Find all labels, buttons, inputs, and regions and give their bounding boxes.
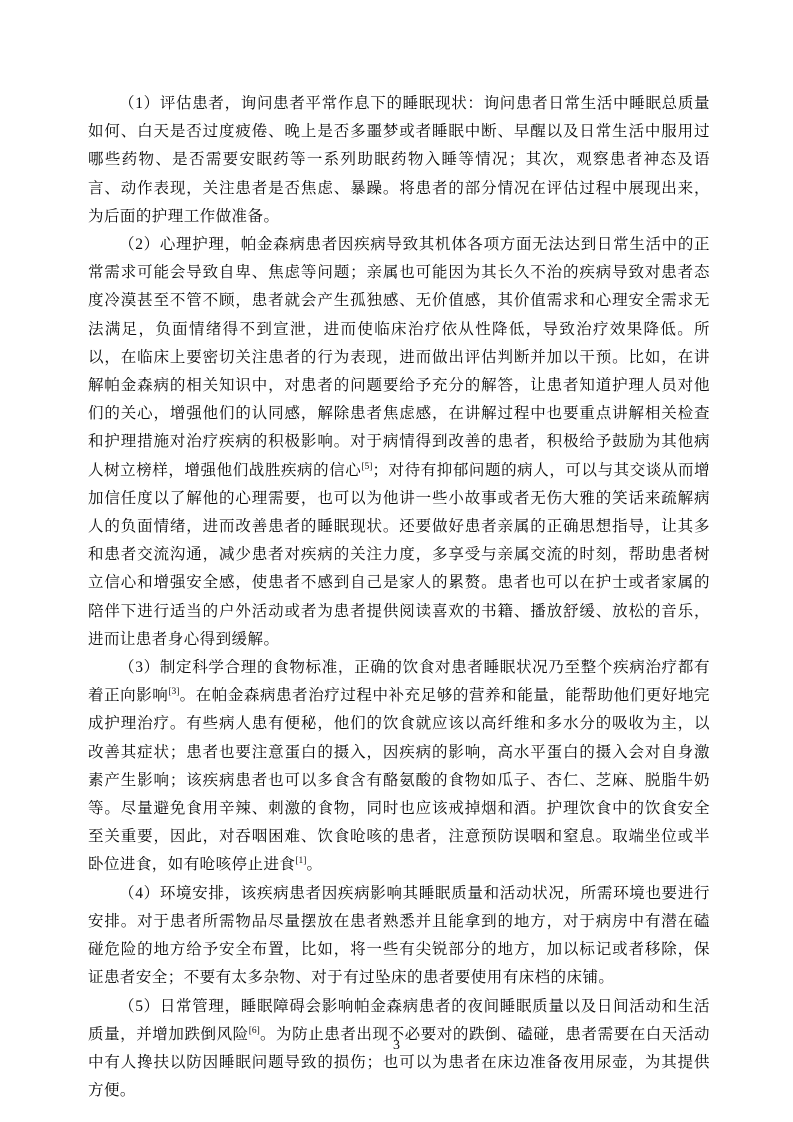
footnote-ref: [5] [361,461,372,471]
paragraph-4-environment: （4）环境安排，该疾病患者因疾病影响其睡眠质量和活动状况，所需环境也要进行安排。… [88,880,710,993]
paragraph-3-diet-standard: （3）制定科学合理的食物标准，正确的饮食对患者睡眠状况乃至整个疾病治疗都有着正向… [88,654,710,880]
paragraph-text: （1）评估患者，询问患者平常作息下的睡眠现状：询问患者日常生活中睡眠总质量如何、… [88,95,710,225]
page-number: 3 [393,1038,400,1053]
paragraph-text: 。在帕金森病患者治疗过程中补充足够的营养和能量，能帮助他们更好地完成护理治疗。有… [88,687,710,873]
paragraph-text: ；对待有抑郁问题的病人，可以与其交谈从而增加信任度以了解他的心理需要，也可以为他… [88,462,710,648]
footnote-ref: [1] [295,856,306,866]
footnote-ref: [6] [249,1026,260,1036]
paragraph-text: 。 [306,856,322,873]
paragraph-1-assessment: （1）评估患者，询问患者平常作息下的睡眠现状：询问患者日常生活中睡眠总质量如何、… [88,90,710,231]
footnote-ref: [3] [168,687,179,697]
paragraph-text: （2）心理护理，帕金森病患者因疾病导致其机体各项方面无法达到日常生活中的正常需求… [88,236,710,479]
paragraph-2-psychological-care: （2）心理护理，帕金森病患者因疾病导致其机体各项方面无法达到日常生活中的正常需求… [88,231,710,654]
paragraph-text: （4）环境安排，该疾病患者因疾病影响其睡眠质量和活动状况，所需环境也要进行安排。… [88,885,710,987]
document-body: （1）评估患者，询问患者平常作息下的睡眠现状：询问患者日常生活中睡眠总质量如何、… [88,90,710,1105]
document-page: （1）评估患者，询问患者平常作息下的睡眠现状：询问患者日常生活中睡眠总质量如何、… [0,0,793,1122]
page-footer: 3 [0,1036,793,1054]
